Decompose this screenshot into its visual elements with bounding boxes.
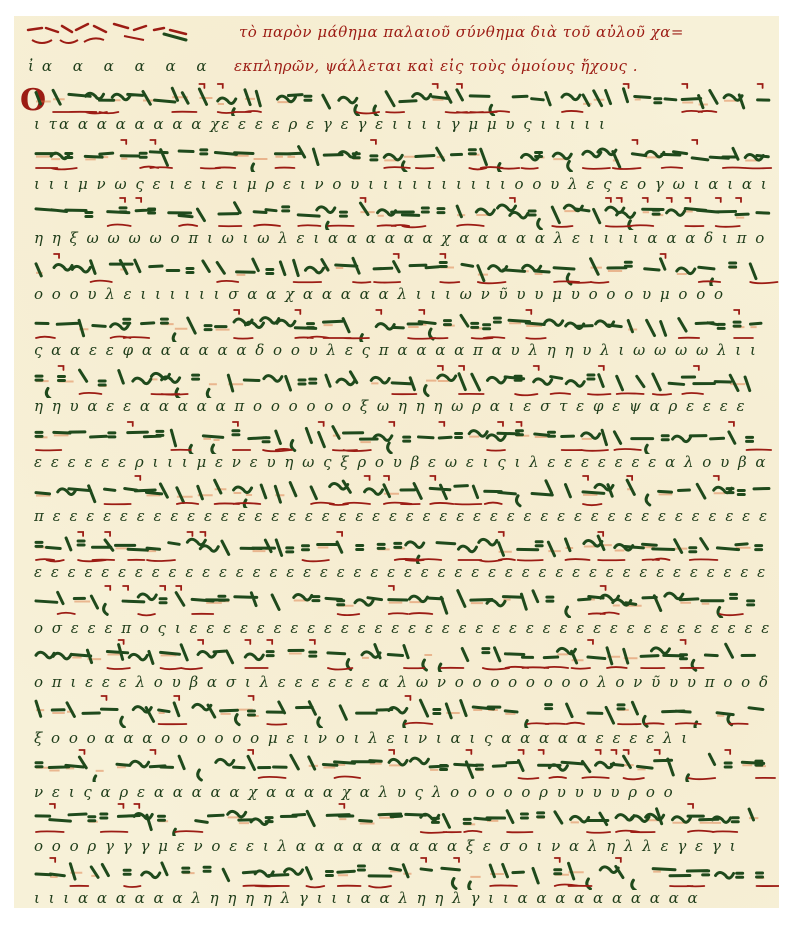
neume-strokes [14, 528, 779, 564]
neume-row [14, 418, 779, 454]
neume-row [14, 136, 779, 172]
neume-strokes [14, 636, 779, 672]
neume-row [14, 472, 779, 508]
lyric-line: ο σ ε ε ε π ο ς ι ε ε ε ε ε ε ε ε ε ε ε … [34, 618, 774, 638]
lyric-line: π ε ε ε ε ε ε ε ε ε ε ε ε ε ε ε ε ε ε ε … [34, 506, 774, 526]
lyric-line: ι ι ι α α α α α α λ η η η η λ γ ι ι ι α … [34, 888, 774, 908]
neume-row [14, 582, 779, 618]
lyric-line: ν ε ι ς α ρ ε α α α α α χ α α α α χ α λ … [34, 782, 774, 802]
neume-strokes [14, 194, 779, 230]
heading-neumes [14, 16, 204, 52]
lyric-line: ε ε ε ε ε ε ρ ι ι ι μ ε ν ε υ η ω ς ξ ρ … [34, 452, 774, 472]
neume-row [14, 194, 779, 230]
neume-strokes [14, 800, 779, 836]
neume-strokes [14, 692, 779, 728]
lyric-line: ς α α ε ε φ α α α α α α δ ο ο υ λ ε ς π … [34, 340, 774, 360]
lyric-line: ο ο ο ρ γ γ γ μ ε ν ο ε ε ι λ α α α α α … [34, 836, 774, 856]
neume-strokes [14, 472, 779, 508]
neume-row [14, 692, 779, 728]
lyric-line: ι τα α α α α α α α χε ε ε ε ρ ε γ ε γ ε … [34, 114, 774, 134]
neume-strokes [14, 746, 779, 782]
neume-row [14, 306, 779, 342]
neume-strokes [14, 854, 779, 890]
neume-row [14, 854, 779, 890]
lyric-line: η η ξ ω ω ω ω ο π ι ω ι ω λ ε ι α α α α … [34, 228, 774, 248]
neume-strokes [14, 362, 779, 398]
lyric-line: η η υ α ε ε α α α α α π ο ο ο ο ο ο ξ ω … [34, 396, 774, 416]
neume-row [14, 362, 779, 398]
neume-strokes [14, 80, 779, 116]
heading-line-2: εκπληρῶν, ψάλλεται καὶ εἰς τοὺς ὁμοίους … [234, 56, 779, 76]
neume-strokes [14, 136, 779, 172]
neume-row [14, 636, 779, 672]
lyric-line: ε ε ε ε ε ε ε ε ε ε ε ε ε ε ε ε ε ε ε ε … [34, 562, 774, 582]
neume-row [14, 800, 779, 836]
heading-line-2-left: ἰα α α α α α [28, 56, 208, 76]
lyric-line: ο ο ο υ λ ε ι ι ι ι ι ι σ α α χ α α α α … [34, 284, 774, 304]
neume-strokes [14, 418, 779, 454]
heading-line-1: τὸ παρὸν μάθημα παλαιοῦ σύνθημα διὰ τοῦ … [239, 22, 779, 42]
neume-row [14, 528, 779, 564]
neume-row [14, 746, 779, 782]
lyric-line: ι ι ι μ ν ω ς ε ι ε ι ε ι μ ρ ε ι ν ο υ … [34, 174, 774, 194]
neume-row [14, 80, 779, 116]
lyric-line: ο π ι ε ε ε λ ο υ β α σ ι λ ε ε ε ε ε ε … [34, 672, 774, 692]
neume-strokes [14, 250, 779, 286]
neume-strokes [14, 582, 779, 618]
neume-strokes [14, 306, 779, 342]
manuscript-page: τὸ παρὸν μάθημα παλαιοῦ σύνθημα διὰ τοῦ … [14, 16, 779, 908]
neume-strokes [14, 16, 204, 52]
lyric-line: ξ ο ο ο α α α ο ο ο ο ο ο μ ε ι ν ο ι λ … [34, 728, 774, 748]
neume-row [14, 250, 779, 286]
